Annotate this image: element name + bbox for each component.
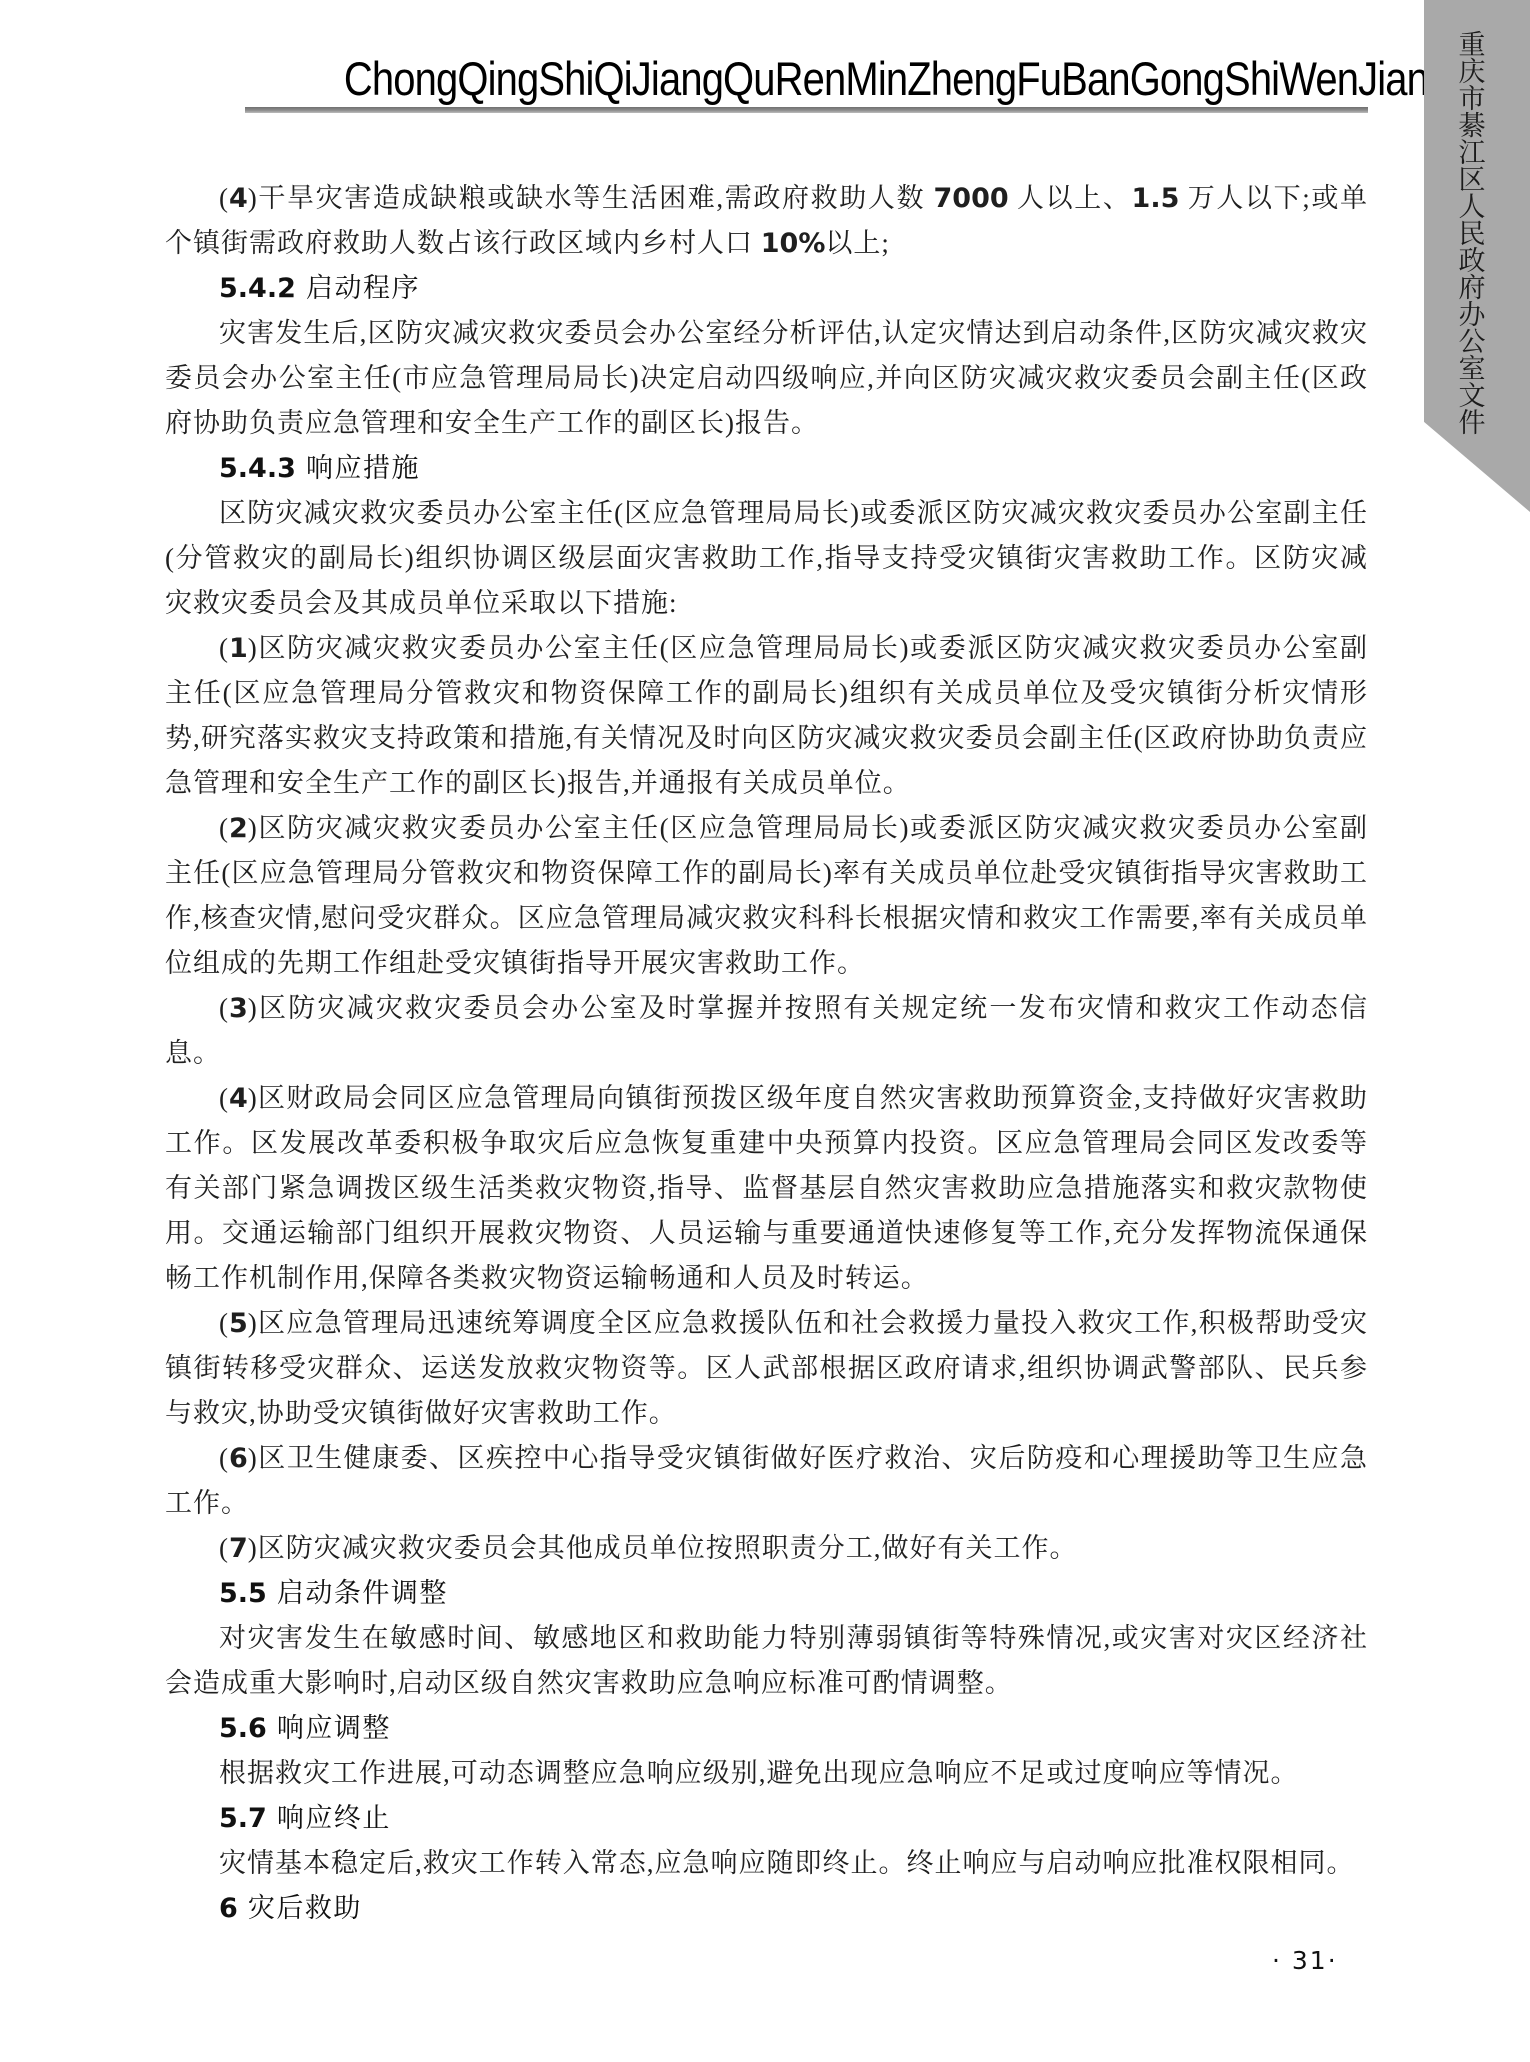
section-heading: 5.5 启动条件调整 — [165, 1571, 1368, 1616]
paragraph: (5)区应急管理局迅速统筹调度全区应急救援队伍和社会救援力量投入救灾工作,积极帮… — [165, 1301, 1368, 1436]
number: 4 — [229, 183, 248, 214]
number: 5 — [229, 1308, 248, 1339]
paragraph: (2)区防灾减灾救灾委员办公室主任(区应急管理局局长)或委派区防灾减灾救灾委员办… — [165, 806, 1368, 986]
number: 6 — [219, 1893, 238, 1924]
number: 1.5 — [1132, 183, 1180, 214]
page-number: · 31· — [1272, 1946, 1338, 1975]
number: 6 — [229, 1443, 248, 1474]
paragraph: (6)区卫生健康委、区疾控中心指导受灾镇街做好医疗救治、灾后防疫和心理援助等卫生… — [165, 1436, 1368, 1526]
paragraph: (1)区防灾减灾救灾委员办公室主任(区应急管理局局长)或委派区防灾减灾救灾委员办… — [165, 626, 1368, 806]
number: 7 — [229, 1533, 248, 1564]
number: 5.5 — [219, 1578, 267, 1609]
number: 5.7 — [219, 1803, 267, 1834]
paragraph: (4)干旱灾害造成缺粮或缺水等生活困难,需政府救助人数 7000 人以上、1.5… — [165, 176, 1368, 266]
number: 5.4.2 — [219, 273, 296, 304]
number: 5.4.3 — [219, 453, 296, 484]
paragraph: (4)区财政局会同区应急管理局向镇街预拨区级年度自然灾害救助预算资金,支持做好灾… — [165, 1076, 1368, 1301]
number: 7000 — [934, 183, 1009, 214]
paragraph: 灾害发生后,区防灾减灾救灾委员会办公室经分析评估,认定灾情达到启动条件,区防灾减… — [165, 311, 1368, 446]
section-heading: 5.4.2 启动程序 — [165, 266, 1368, 311]
document-body: (4)干旱灾害造成缺粮或缺水等生活困难,需政府救助人数 7000 人以上、1.5… — [165, 176, 1368, 1931]
number: 10% — [761, 228, 826, 259]
section-heading: 5.7 响应终止 — [165, 1796, 1368, 1841]
paragraph: (7)区防灾减灾救灾委员会其他成员单位按照职责分工,做好有关工作。 — [165, 1526, 1368, 1571]
official-document-ribbon: 重庆市綦江区人民政府办公室文件 — [1424, 0, 1530, 512]
paragraph: 区防灾减灾救灾委员办公室主任(区应急管理局局长)或委派区防灾减灾救灾委员办公室副… — [165, 491, 1368, 626]
header-rule — [245, 107, 1368, 113]
number: 1 — [229, 633, 248, 664]
paragraph: 根据救灾工作进展,可动态调整应急响应级别,避免出现应急响应不足或过度响应等情况。 — [165, 1751, 1368, 1796]
section-heading: 5.4.3 响应措施 — [165, 446, 1368, 491]
section-heading: 6 灾后救助 — [165, 1886, 1368, 1931]
page-header: ChongQingShiQiJiangQuRenMinZhengFuBanGon… — [165, 52, 1368, 113]
number: 5.6 — [219, 1713, 267, 1744]
romanized-header-title: ChongQingShiQiJiangQuRenMinZhengFuBanGon… — [267, 52, 1428, 105]
number: 2 — [229, 813, 248, 844]
ribbon-vertical-title: 重庆市綦江区人民政府办公室文件 — [1451, 0, 1490, 512]
paragraph: 对灾害发生在敏感时间、敏感地区和救助能力特别薄弱镇街等特殊情况,或灾害对灾区经济… — [165, 1616, 1368, 1706]
section-heading: 5.6 响应调整 — [165, 1706, 1368, 1751]
number: 4 — [229, 1083, 248, 1114]
paragraph: 灾情基本稳定后,救灾工作转入常态,应急响应随即终止。终止响应与启动响应批准权限相… — [165, 1841, 1368, 1886]
number: 3 — [229, 993, 248, 1024]
paragraph: (3)区防灾减灾救灾委员会办公室及时掌握并按照有关规定统一发布灾情和救灾工作动态… — [165, 986, 1368, 1076]
document-page: ChongQingShiQiJiangQuRenMinZhengFuBanGon… — [0, 0, 1530, 2062]
